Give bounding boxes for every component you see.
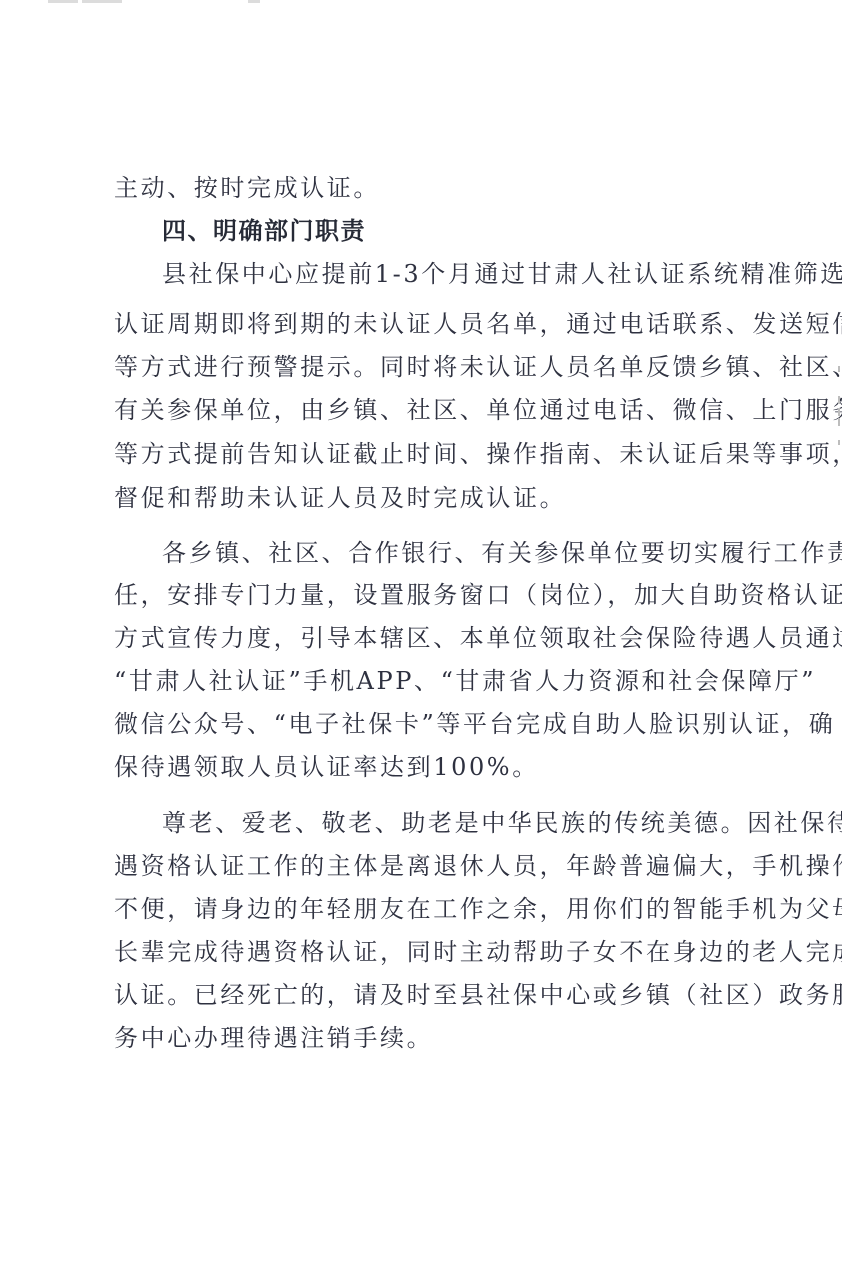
paragraph-line: 长辈完成待遇资格认证，同时主动帮助子女不在身边的老人完成	[114, 937, 739, 967]
paragraph-line: 务中心办理待遇注销手续。	[114, 1023, 739, 1053]
scan-artifact	[48, 0, 78, 3]
paragraph-line: 等方式提前告知认证截止时间、操作指南、未认证后果等事项，	[114, 439, 739, 469]
paragraph-line: 有关参保单位，由乡镇、社区、单位通过电话、微信、上门服务	[114, 395, 739, 425]
paragraph-line: 县社保中心应提前1-3个月通过甘肃人社认证系统精准筛选	[162, 259, 739, 289]
paragraph-line: 任，安排专门力量，设置服务窗口（岗位），加大自助资格认证	[114, 580, 739, 610]
paragraph-line: 遇资格认证工作的主体是离退休人员，年龄普遍偏大，手机操作	[114, 851, 739, 881]
section-heading: 四、明确部门职责	[162, 216, 739, 246]
scan-margin-mark	[838, 366, 840, 372]
paragraph-line: 保待遇领取人员认证率达到100%。	[114, 752, 739, 782]
paragraph-line: 不便，请身边的年轻朋友在工作之余，用你们的智能手机为父母、	[114, 894, 739, 924]
paragraph-line: “甘肃人社认证”手机APP、“甘肃省人力资源和社会保障厅”	[114, 666, 739, 696]
scan-margin-mark	[838, 408, 840, 416]
continuation-line: 主动、按时完成认证。	[114, 173, 739, 203]
document-page: 主动、按时完成认证。 四、明确部门职责 县社保中心应提前1-3个月通过甘肃人社认…	[0, 0, 842, 1278]
paragraph-line: 认证周期即将到期的未认证人员名单，通过电话联系、发送短信	[114, 309, 739, 339]
paragraph-line: 尊老、爱老、敬老、助老是中华民族的传统美德。因社保待	[162, 808, 739, 838]
paragraph-line: 微信公众号、“电子社保卡”等平台完成自助人脸识别认证，确	[114, 709, 739, 739]
paragraph-line: 认证。已经死亡的，请及时至县社保中心或乡镇（社区）政务服	[114, 980, 739, 1010]
paragraph-line: 等方式进行预警提示。同时将未认证人员名单反馈乡镇、社区、	[114, 352, 739, 382]
paragraph-line: 督促和帮助未认证人员及时完成认证。	[114, 483, 739, 513]
scan-artifact	[82, 0, 122, 3]
scan-margin-mark	[838, 396, 840, 404]
scan-margin-mark	[838, 418, 840, 426]
scan-margin-mark	[838, 440, 840, 445]
paragraph-line: 各乡镇、社区、合作银行、有关参保单位要切实履行工作责	[162, 538, 739, 568]
paragraph-line: 方式宣传力度，引导本辖区、本单位领取社会保险待遇人员通过	[114, 623, 739, 653]
scan-artifact	[248, 0, 260, 3]
